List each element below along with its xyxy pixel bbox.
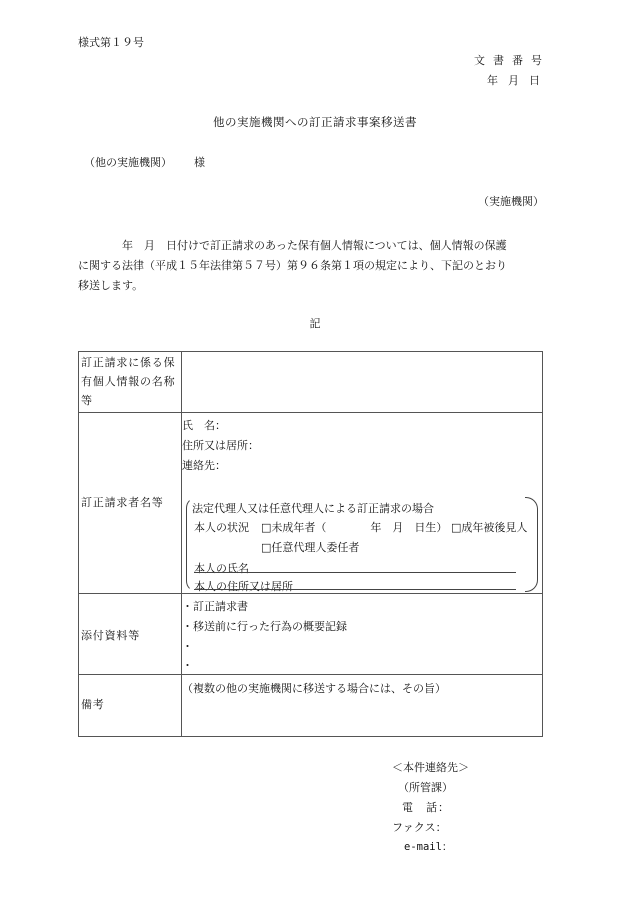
checkbox-minor[interactable]: □未成年者（ 年 月 日生） [261, 519, 447, 535]
document-number-label: 文書番号 [474, 55, 550, 66]
date-label: 年月日 [487, 75, 550, 86]
attachment-item: ・移送前に行った行為の概要記録 [182, 618, 347, 634]
label-remarks: 備考 [81, 695, 105, 715]
label-cell: 添付資料等 [79, 594, 182, 674]
requester-name-field[interactable]: 氏 名： [182, 417, 226, 433]
agent-section: 法定代理人又は任意代理人による訂正請求の場合 本人の状況 □未成年者（ 年 月 … [186, 497, 538, 590]
principal-status-label: 本人の状況 [194, 519, 249, 535]
label-line: 等 [81, 391, 93, 411]
label-cell: 備考 [79, 675, 182, 737]
label-line: 有個人情報の名称 [81, 372, 175, 392]
agent-heading: 法定代理人又は任意代理人による訂正請求の場合 [192, 500, 434, 516]
transfer-details-table: 訂正請求に係る保 有個人情報の名称 等 訂正請求者名等 氏 名： 住所又は居所：… [78, 351, 543, 737]
label-cell: 訂正請求者名等 [79, 413, 182, 593]
contact-fax: ファクス： [392, 822, 447, 833]
principal-name-line[interactable] [194, 572, 516, 573]
honorific: 様 [194, 156, 205, 169]
remarks-note: （複数の他の実施機関に移送する場合には、その旨） [182, 680, 446, 696]
principal-address-label: 本人の住所又は居所 [194, 578, 293, 594]
contact-department: （所管課） [398, 782, 453, 793]
table-row-remarks: 備考 （複数の他の実施機関に移送する場合には、その旨） [79, 675, 542, 737]
table-row-attachments: 添付資料等 ・訂正請求書 ・移送前に行った行為の概要記録 ・ ・ [79, 594, 542, 675]
label-cell: 訂正請求に係る保 有個人情報の名称 等 [79, 352, 182, 412]
info-name-value[interactable] [182, 352, 542, 412]
attachments-value: ・訂正請求書 ・移送前に行った行為の概要記録 ・ ・ [182, 594, 542, 674]
body-line-3: 移送します。 [78, 276, 548, 296]
attachment-item: ・訂正請求書 [182, 598, 248, 614]
body-line-2: に関する法律（平成１５年法律第５７号）第９６条第１項の規定により、下記のとおり [78, 256, 548, 276]
contact-heading: ＜本件連絡先＞ [392, 762, 469, 773]
table-row-requester: 訂正請求者名等 氏 名： 住所又は居所： 連絡先： 法定代理人又は任意代理人によ… [79, 413, 542, 594]
label-line: 訂正請求に係る保 [81, 353, 175, 373]
principal-name-label: 本人の氏名 [194, 560, 249, 576]
contact-phone: 電 話： [402, 802, 450, 813]
attachment-item[interactable]: ・ [182, 657, 193, 673]
checkbox-adult-ward[interactable]: □成年被後見人 [451, 519, 527, 535]
checkbox-proxy[interactable]: □任意代理人委任者 [261, 539, 359, 555]
requester-value: 氏 名： 住所又は居所： 連絡先： 法定代理人又は任意代理人による訂正請求の場合… [182, 413, 542, 593]
table-row-info-name: 訂正請求に係る保 有個人情報の名称 等 [79, 352, 542, 413]
body-line-1: 年 月 日付けで訂正請求のあった保有個人情報については、個人情報の保護 [78, 236, 548, 256]
label-attachments: 添付資料等 [81, 626, 140, 646]
remarks-value[interactable]: （複数の他の実施機関に移送する場合には、その旨） [182, 675, 542, 737]
label-requester: 訂正請求者名等 [81, 493, 164, 513]
attachment-item[interactable]: ・ [182, 638, 193, 654]
addressee: （他の実施機関）様 [84, 157, 205, 168]
principal-address-line[interactable] [194, 589, 516, 590]
bracket-right [525, 497, 538, 592]
requester-address-field[interactable]: 住所又は居所： [182, 437, 259, 453]
body-paragraph: 年 月 日付けで訂正請求のあった保有個人情報については、個人情報の保護 に関する… [78, 236, 548, 296]
sender-agency: （実施機関） [478, 196, 544, 207]
addressee-agency: （他の実施機関） [84, 156, 172, 169]
document-title: 他の実施機関への訂正請求事案移送書 [0, 117, 630, 129]
form-number: 様式第１９号 [78, 37, 144, 48]
contact-email: e-mail： [404, 842, 452, 853]
requester-contact-field[interactable]: 連絡先： [182, 457, 226, 473]
ki-heading: 記 [0, 318, 630, 329]
